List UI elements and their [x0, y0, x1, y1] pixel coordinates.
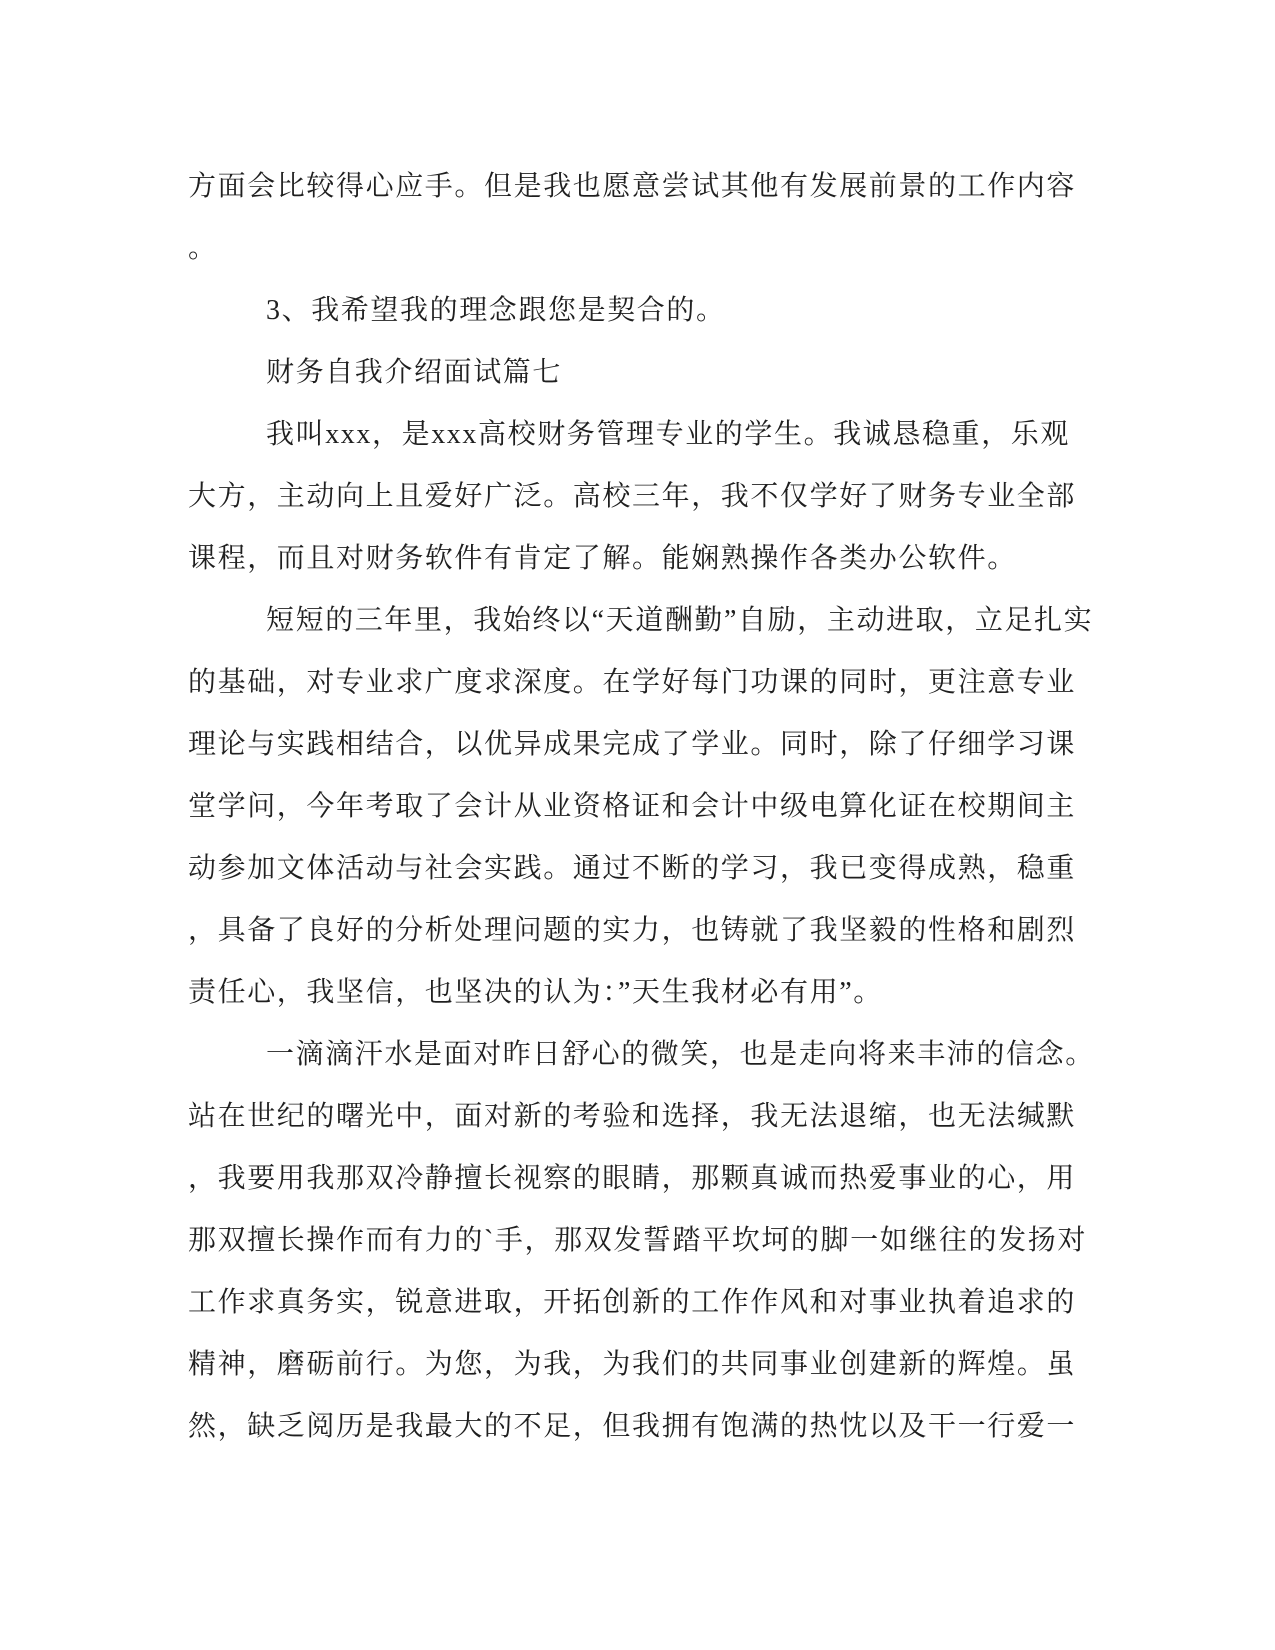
- text-line: 3、我希望我的理念跟您是契合的。: [188, 280, 1072, 342]
- text-line: 责任心，我坚信，也坚决的认为：”天生我材必有用”。: [188, 962, 1072, 1024]
- text-line: 的基础，对专业求广度求深度。在学好每门功课的同时，更注意专业: [188, 652, 1072, 714]
- text-line: 一滴滴汗水是面对昨日舒心的微笑，也是走向将来丰沛的信念。: [188, 1024, 1072, 1086]
- text-line: 财务自我介绍面试篇七: [188, 342, 1072, 404]
- text-line: 那双擅长操作而有力的`手，那双发誓踏平坎坷的脚一如继往的发扬对: [188, 1210, 1072, 1272]
- text-line: 堂学问，今年考取了会计从业资格证和会计中级电算化证在校期间主: [188, 776, 1072, 838]
- text-line: 课程，而且对财务软件有肯定了解。能娴熟操作各类办公软件。: [188, 528, 1072, 590]
- text-line: 理论与实践相结合，以优异成果完成了学业。同时，除了仔细学习课: [188, 714, 1072, 776]
- text-line: ，具备了良好的分析处理问题的实力，也铸就了我坚毅的性格和剧烈: [188, 900, 1072, 962]
- document-body-text: 方面会比较得心应手。但是我也愿意尝试其他有发展前景的工作内容。3、我希望我的理念…: [188, 156, 1072, 1458]
- text-line: 工作求真务实，锐意进取，开拓创新的工作作风和对事业执着追求的: [188, 1272, 1072, 1334]
- text-line: 方面会比较得心应手。但是我也愿意尝试其他有发展前景的工作内容: [188, 156, 1072, 218]
- document-page: 方面会比较得心应手。但是我也愿意尝试其他有发展前景的工作内容。3、我希望我的理念…: [0, 0, 1275, 1650]
- text-line: 。: [188, 218, 1072, 280]
- text-line: 站在世纪的曙光中，面对新的考验和选择，我无法退缩，也无法缄默: [188, 1086, 1072, 1148]
- text-line: 动参加文体活动与社会实践。通过不断的学习，我已变得成熟，稳重: [188, 838, 1072, 900]
- text-line: 短短的三年里，我始终以“天道酬勤”自励，主动进取，立足扎实: [188, 590, 1072, 652]
- text-line: 大方，主动向上且爱好广泛。高校三年，我不仅学好了财务专业全部: [188, 466, 1072, 528]
- text-line: 我叫xxx，是xxx高校财务管理专业的学生。我诚恳稳重，乐观: [188, 404, 1072, 466]
- text-line: ，我要用我那双冷静擅长视察的眼睛，那颗真诚而热爱事业的心，用: [188, 1148, 1072, 1210]
- text-line: 然，缺乏阅历是我最大的不足，但我拥有饱满的热忱以及干一行爱一: [188, 1396, 1072, 1458]
- text-line: 精神，磨砺前行。为您，为我，为我们的共同事业创建新的辉煌。虽: [188, 1334, 1072, 1396]
